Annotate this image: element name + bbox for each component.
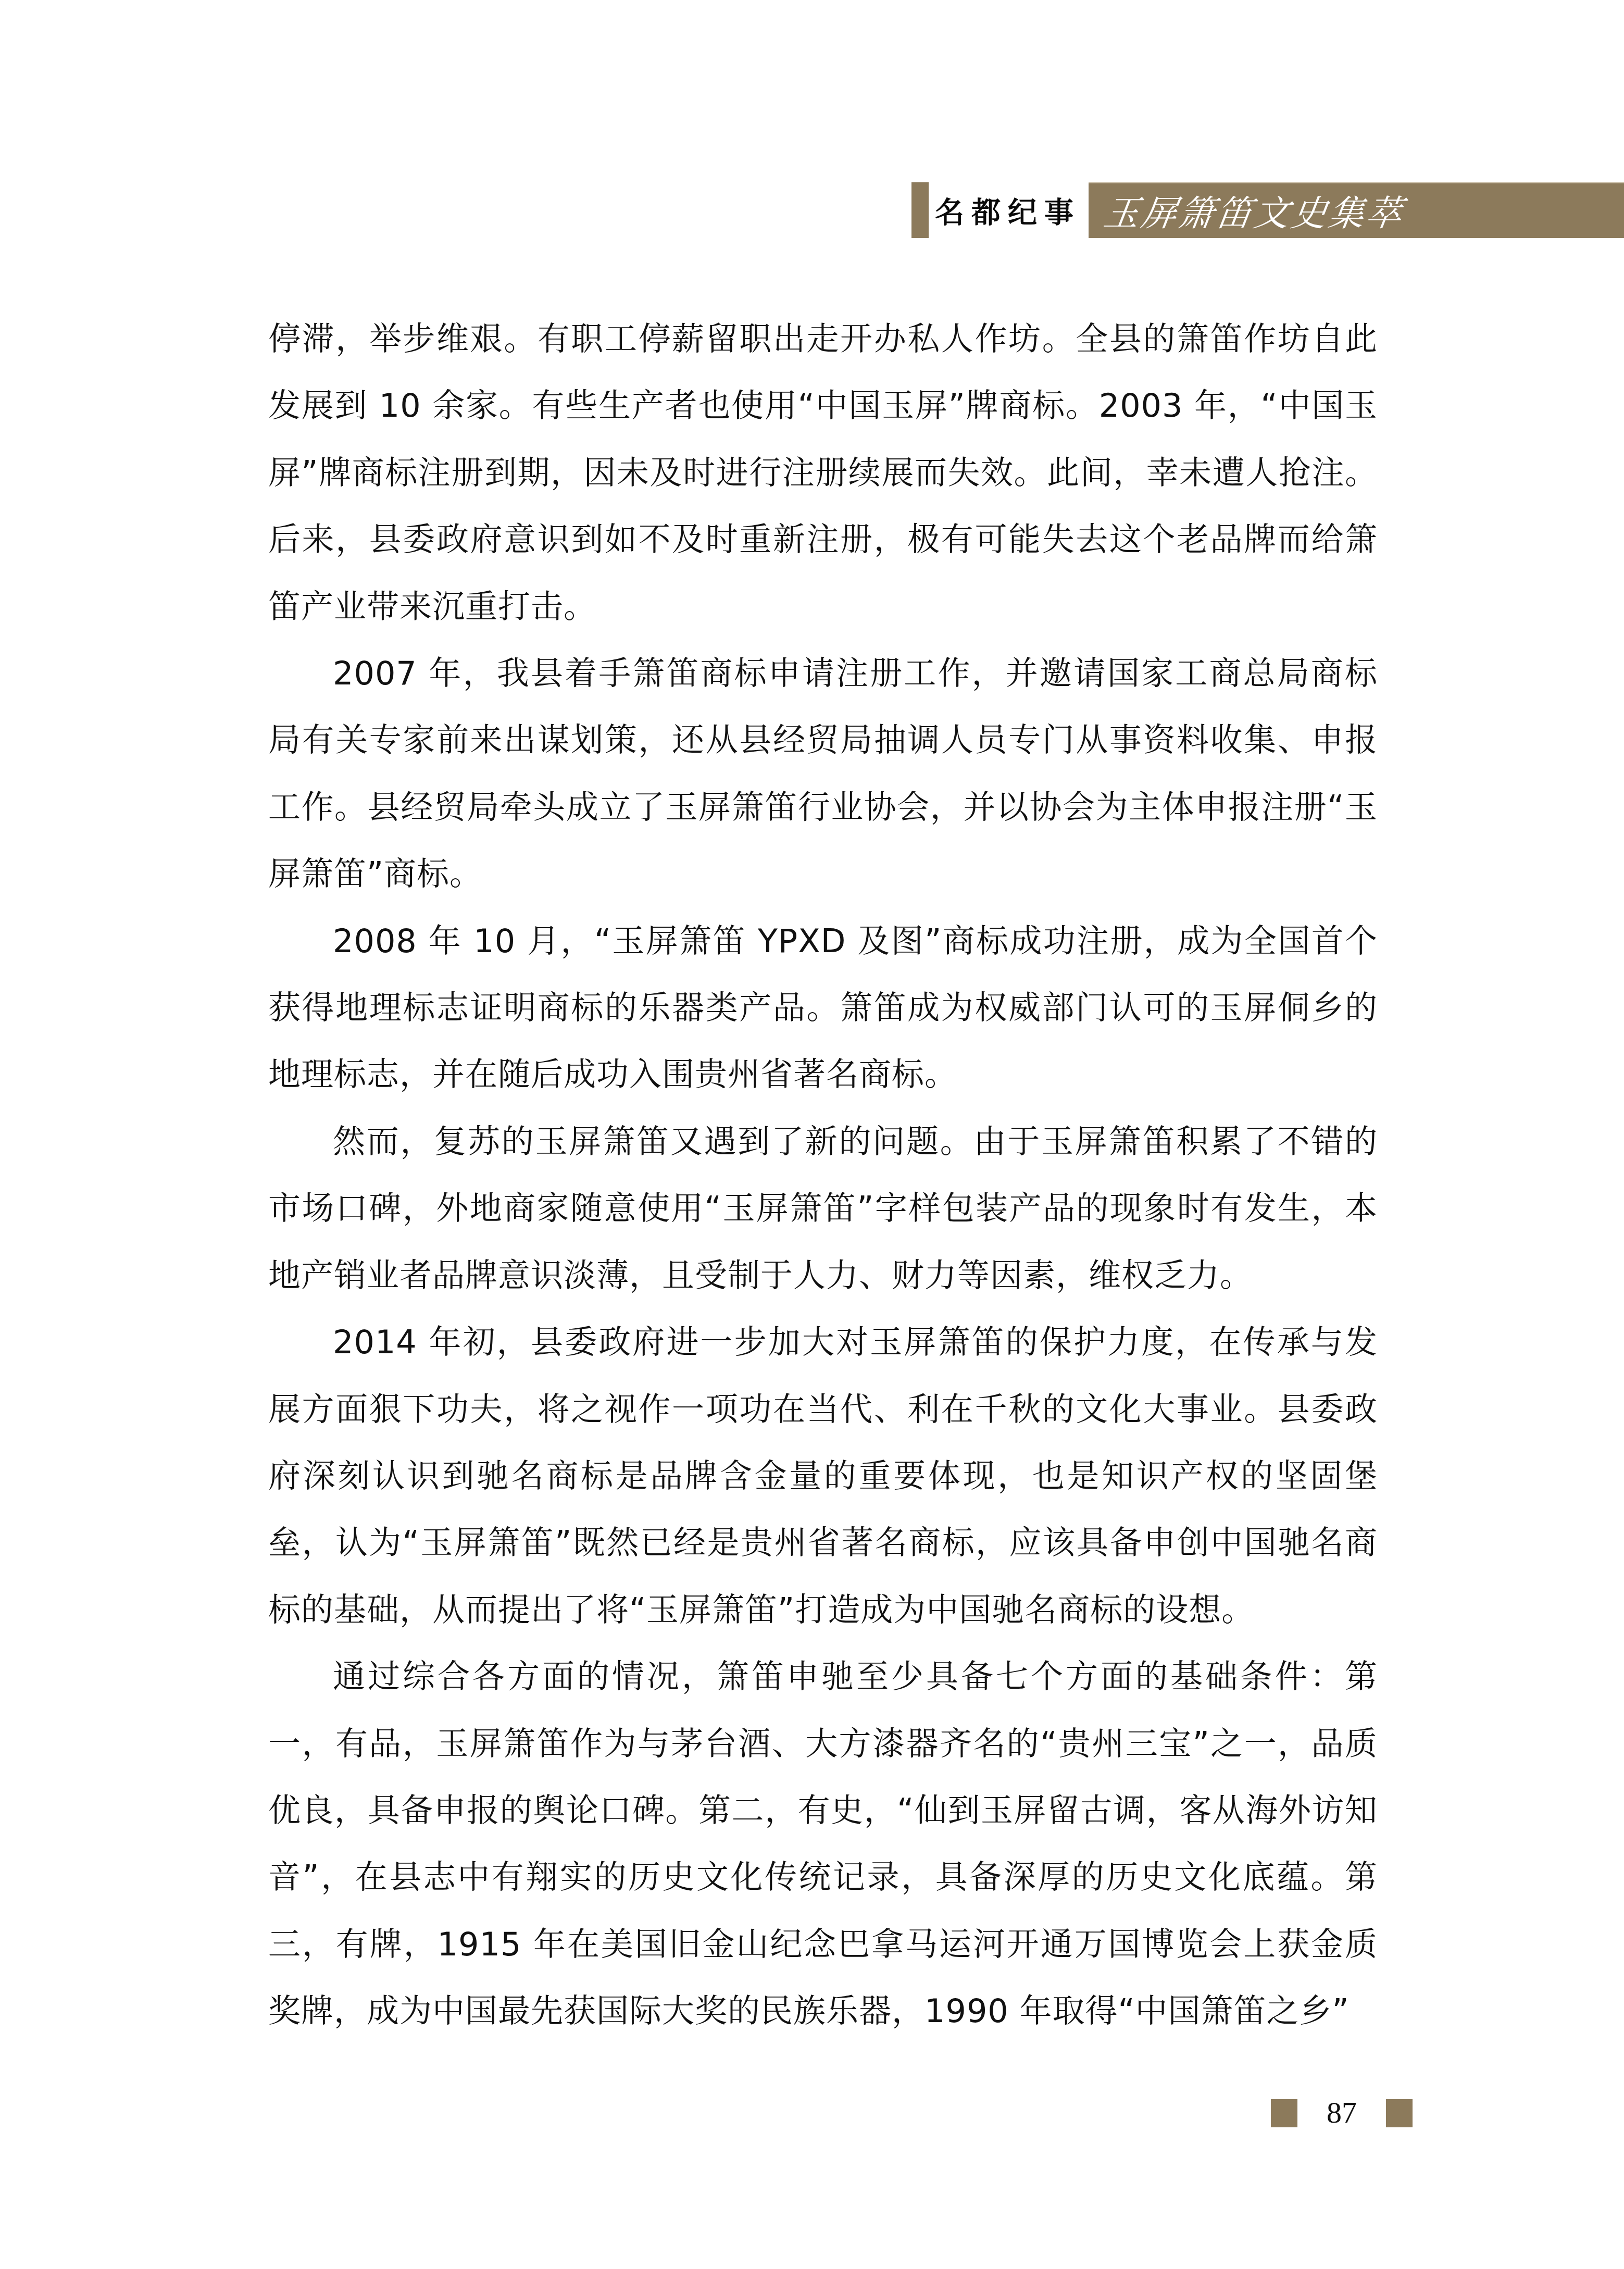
page-footer: 87 xyxy=(1271,2099,1413,2127)
section-title: 名都纪事 xyxy=(935,182,1086,238)
paragraph: 然而，复苏的玉屏箫笛又遇到了新的问题。由于玉屏箫笛积累了不错的市场口碑，外地商家… xyxy=(268,1108,1378,1309)
body-text: 停滞，举步维艰。有职工停薪留职出走开办私人作坊。全县的箫笛作坊自此发展到 10 … xyxy=(268,306,1378,2045)
header-band: 玉屏箫笛文史集萃 xyxy=(1089,182,1624,238)
page-number: 87 xyxy=(1297,2095,1386,2130)
paragraph: 停滞，举步维艰。有职工停薪留职出走开办私人作坊。全县的箫笛作坊自此发展到 10 … xyxy=(268,306,1378,640)
paragraph: 2007 年，我县着手箫笛商标申请注册工作，并邀请国家工商总局商标局有关专家前来… xyxy=(268,640,1378,908)
paragraph: 通过综合各方面的情况，箫笛申驰至少具备七个方面的基础条件：第一，有品，玉屏箫笛作… xyxy=(268,1643,1378,2044)
page-number-left-square-icon xyxy=(1271,2099,1297,2127)
running-header: 名都纪事 玉屏箫笛文史集萃 xyxy=(0,0,1624,260)
header-accent-bar xyxy=(911,182,929,238)
page-number-right-square-icon xyxy=(1386,2099,1413,2127)
paragraph: 2008 年 10 月，“玉屏箫笛 YPXD 及图”商标成功注册，成为全国首个获… xyxy=(268,908,1378,1108)
paragraph: 2014 年初，县委政府进一步加大对玉屏箫笛的保护力度，在传承与发展方面狠下功夫… xyxy=(268,1309,1378,1643)
book-title-calligraphy: 玉屏箫笛文史集萃 xyxy=(1101,185,1408,236)
